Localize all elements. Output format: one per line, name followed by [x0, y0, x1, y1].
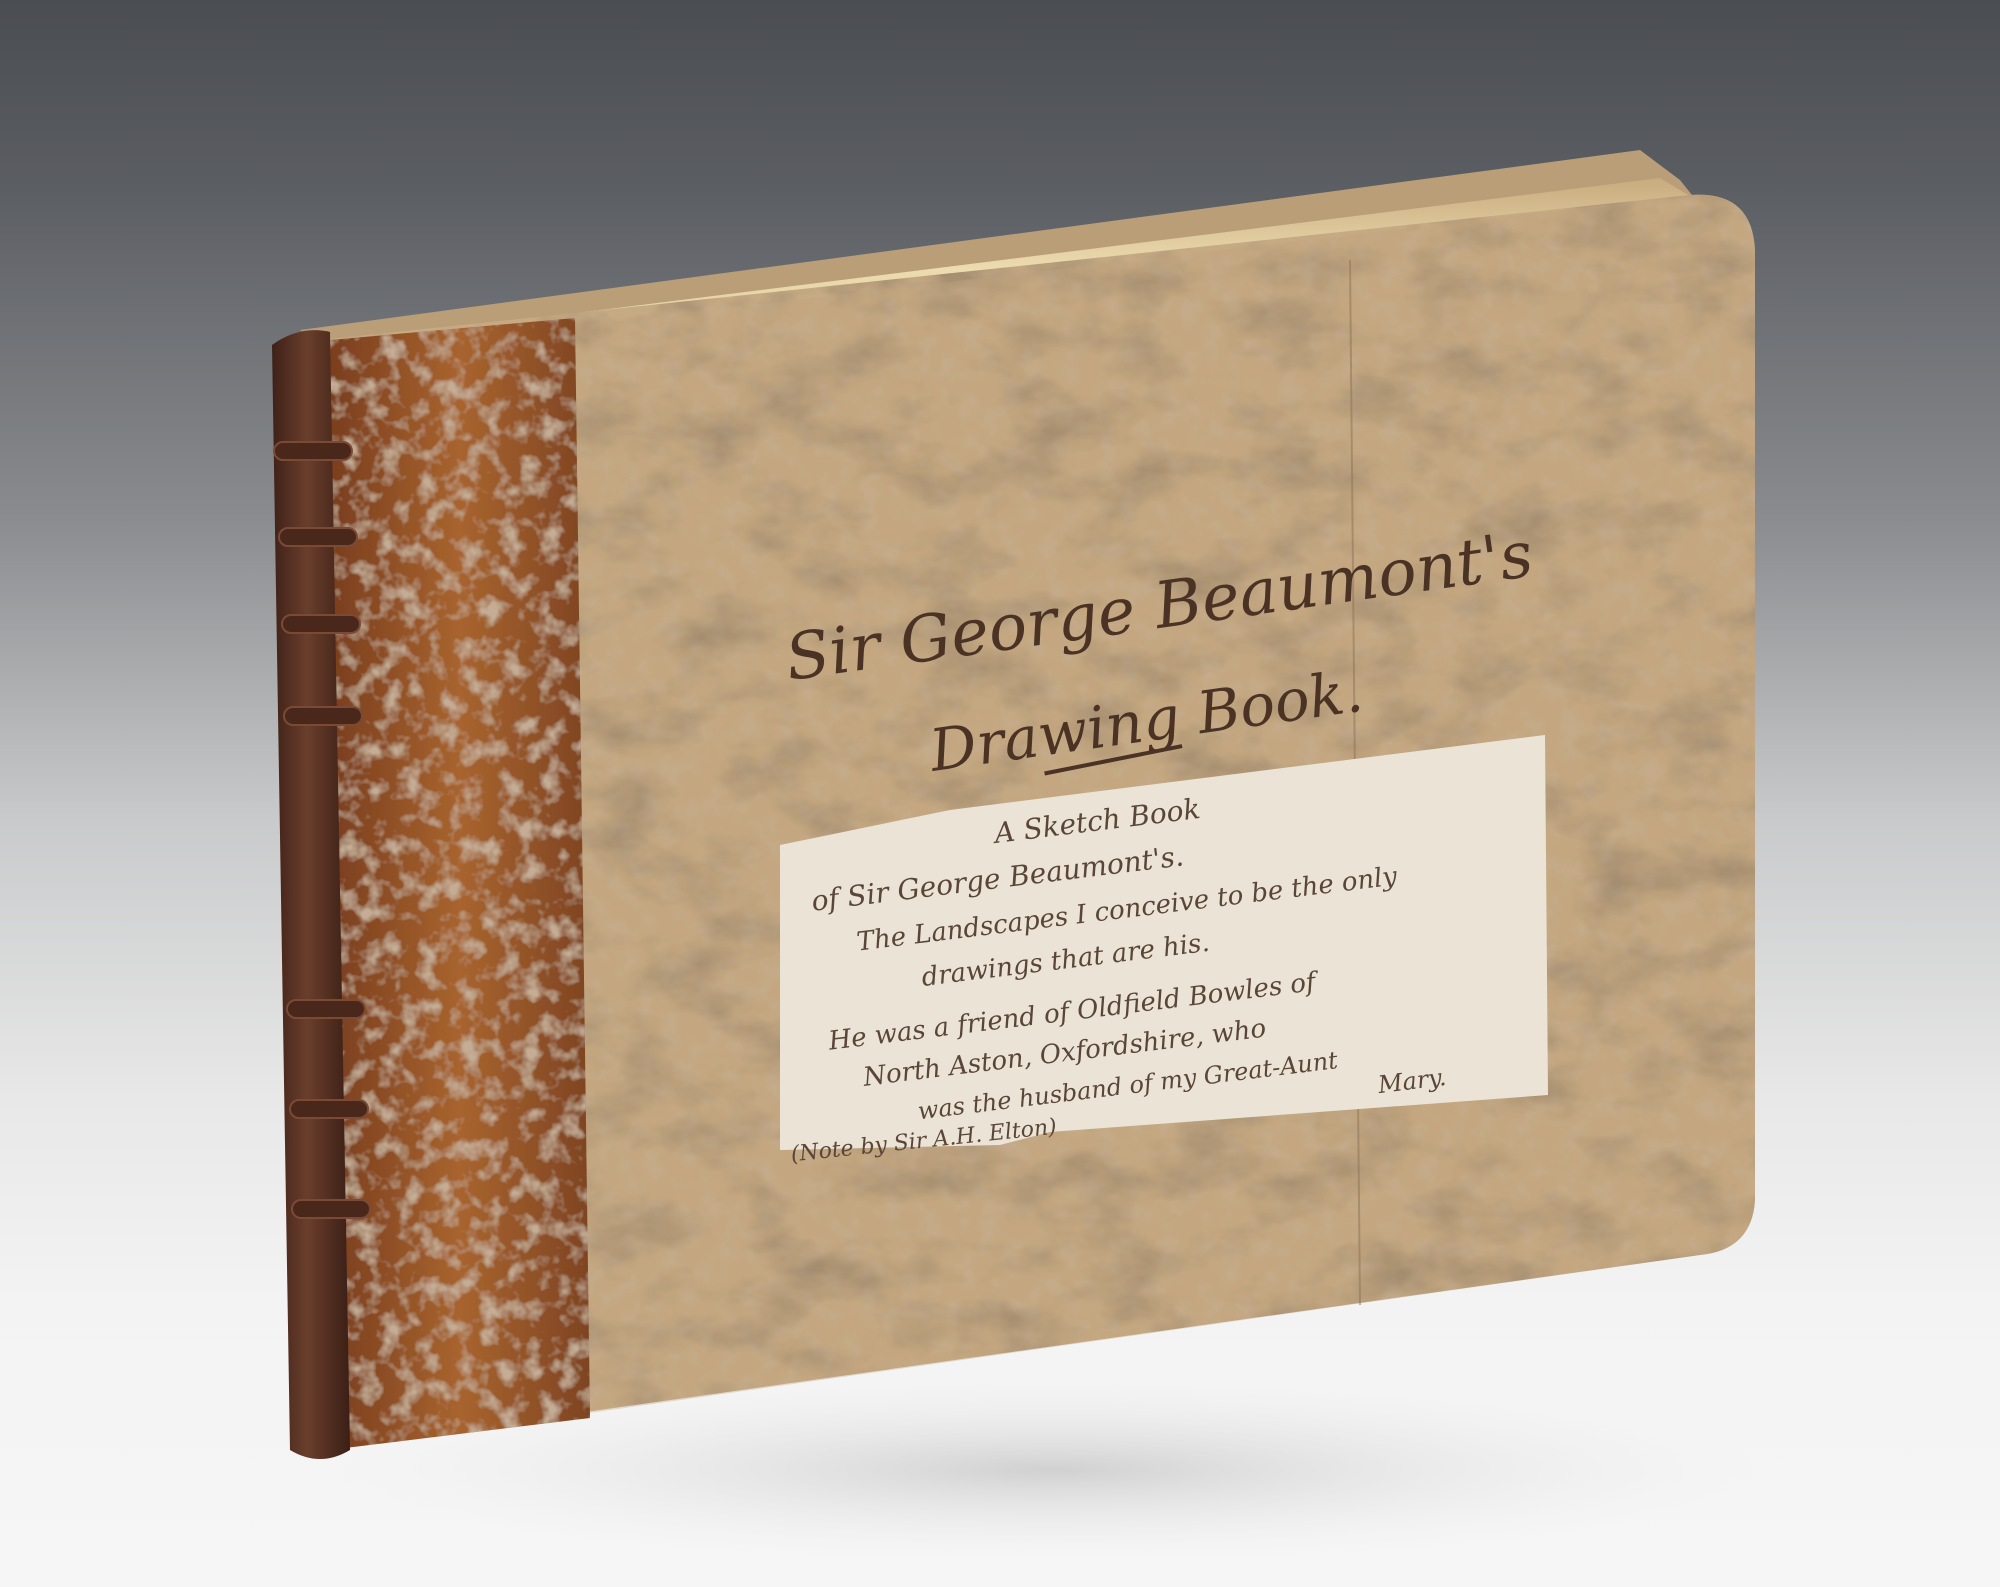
- book-photo: Sir George Beaumont's Drawing Book. A Sk…: [0, 0, 2000, 1587]
- photo-stage: Sir George Beaumont's Drawing Book. A Sk…: [0, 0, 2000, 1587]
- leather-spine-strip: [330, 318, 590, 1448]
